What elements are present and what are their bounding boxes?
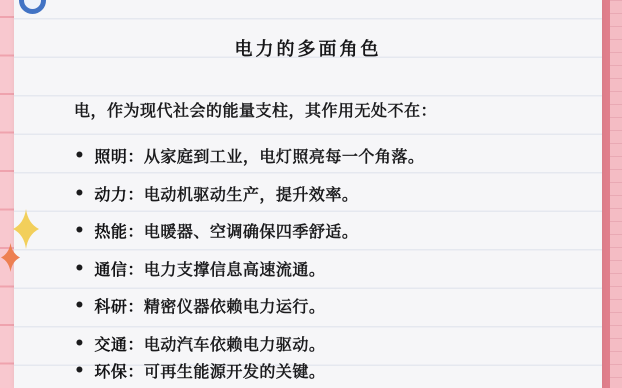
bullet-text: 电暖器、空调确保四季舒适。: [144, 221, 359, 242]
bullet-label: 通信：: [94, 259, 144, 280]
bullet-text: 精密仪器依赖电力运行。: [144, 296, 326, 317]
list-item: • 交通： 电动汽车依赖电力驱动。: [74, 334, 586, 355]
bullet-label: 交通：: [94, 334, 144, 355]
bullet-dot: •: [74, 296, 85, 317]
bullet-dot: •: [74, 221, 85, 242]
page-title: 电力的多面角色: [14, 35, 602, 61]
list-item: • 科研： 精密仪器依赖电力运行。: [74, 296, 586, 317]
list-item: • 通信： 电力支撑信息高速流通。: [74, 259, 586, 280]
bullet-label: 环保：: [94, 361, 144, 382]
intro-text: 电，作为现代社会的能量支柱，其作用无处不在：: [74, 101, 437, 120]
rose-edge-strip: [602, 0, 610, 388]
list-item: • 环保： 可再生能源开发的关键。: [74, 361, 586, 382]
bullet-label: 热能：: [94, 221, 144, 242]
bullet-dot: •: [74, 259, 85, 280]
orange-sparkle-icon: [1, 243, 20, 272]
list-item: • 照明： 从家庭到工业，电灯照亮每一个角落。: [74, 146, 586, 167]
list-item: • 动力： 电动机驱动生产，提升效率。: [74, 184, 586, 205]
pink-paper-left-strip: [0, 0, 14, 388]
pink-grid-paper-right: [609, 0, 622, 388]
list-item: • 热能： 电暖器、空调确保四季舒适。: [74, 221, 586, 242]
bullet-dot: •: [74, 184, 85, 205]
bullet-dot: •: [74, 361, 85, 382]
bullet-label: 科研：: [94, 296, 144, 317]
bullet-dot: •: [74, 146, 85, 167]
intro-line: 电，作为现代社会的能量支柱，其作用无处不在：: [74, 100, 586, 121]
bullet-text: 可再生能源开发的关键。: [144, 361, 326, 382]
bullet-text: 从家庭到工业，电灯照亮每一个角落。: [144, 146, 425, 167]
bullet-text: 电力支撑信息高速流通。: [144, 259, 326, 280]
bullet-label: 动力：: [94, 184, 144, 205]
note-card: 电力的多面角色 电，作为现代社会的能量支柱，其作用无处不在： • 照明： 从家庭…: [14, 0, 602, 388]
bullet-label: 照明：: [94, 146, 144, 167]
bullet-dot: •: [74, 334, 85, 355]
bullet-text: 电动机驱动生产，提升效率。: [144, 184, 359, 205]
bullet-text: 电动汽车依赖电力驱动。: [144, 334, 326, 355]
